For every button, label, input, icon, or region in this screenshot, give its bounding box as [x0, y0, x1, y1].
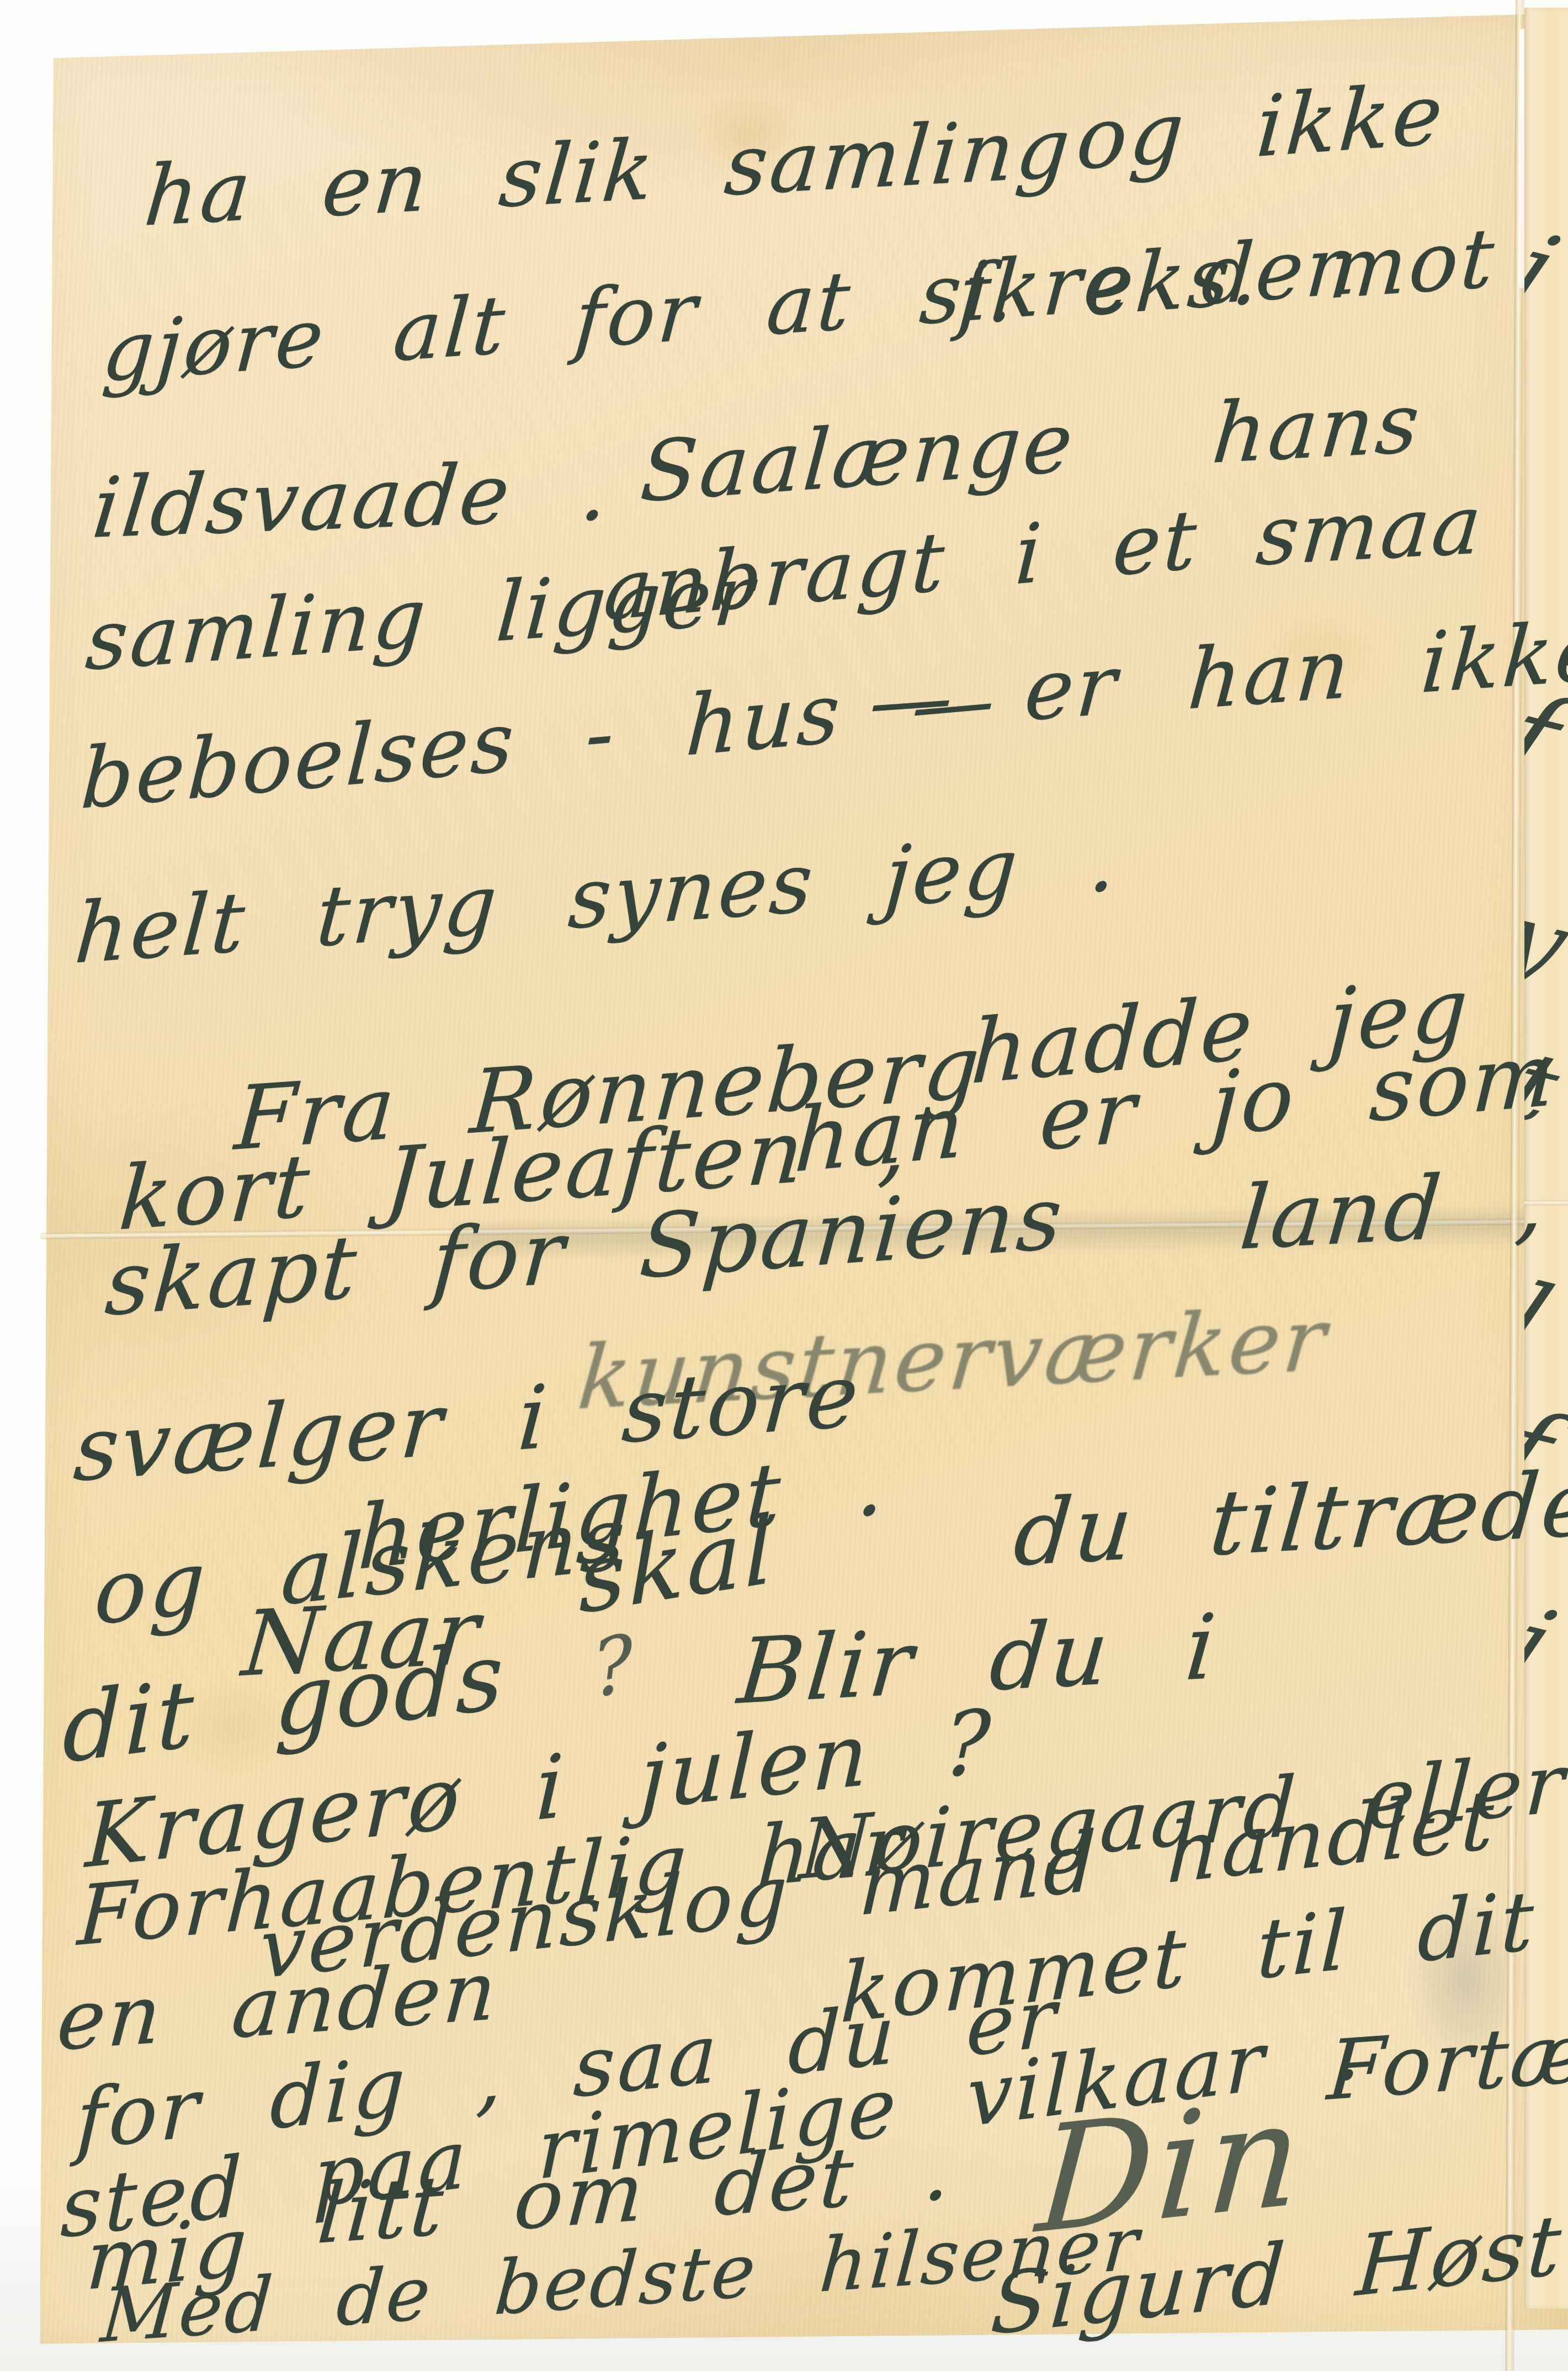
scanned-letter-page: j f y t l f j ha en slik samling og ikke…	[0, 0, 1568, 2371]
partial-stroke: j	[1524, 1587, 1567, 1701]
handwriting-line: smaa	[1253, 476, 1487, 584]
handwriting-line: ildsvaade .	[88, 443, 615, 557]
handwriting-line: land ,	[1236, 1152, 1551, 1270]
partial-stroke: j	[1524, 213, 1568, 327]
insertion-mark: ?	[590, 1616, 639, 1716]
partial-stroke: y	[1524, 883, 1568, 1000]
partial-stroke: l	[1524, 1261, 1567, 1380]
handwriting-line: hans	[1209, 375, 1425, 482]
